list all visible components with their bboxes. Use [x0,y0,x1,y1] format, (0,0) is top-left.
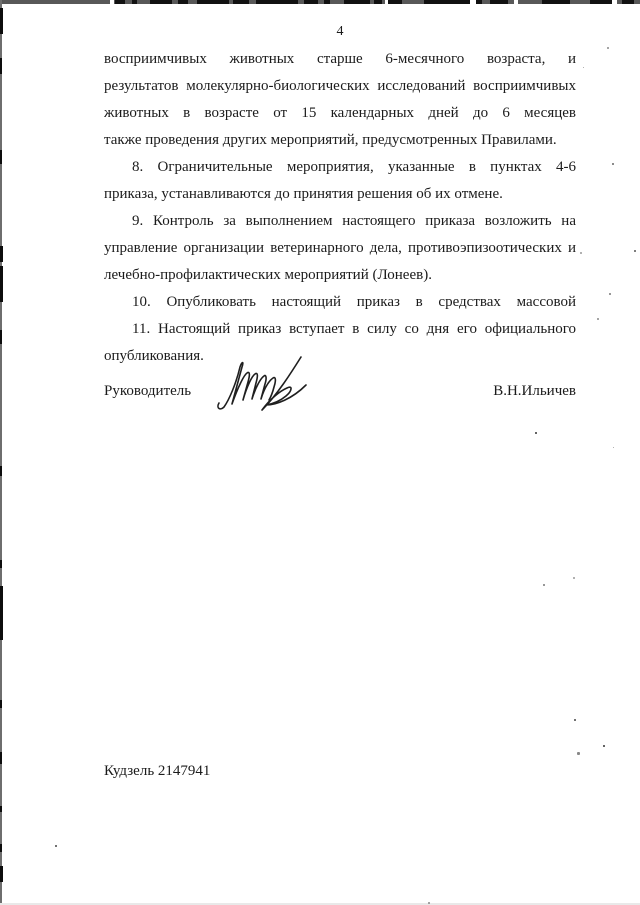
text-line: опубликования. [104,343,576,370]
scan-edge-artifact-top [0,0,640,4]
text-line: 9. Контроль за выполнением настоящего пр… [104,208,576,235]
scan-speckle [634,250,636,252]
text-line: приказа, устанавливаются до принятия реш… [104,181,576,208]
scan-speckle [603,745,605,747]
scan-speckle [583,67,584,68]
scan-speckle [609,293,611,295]
scan-speckle [607,47,609,49]
signature-icon [214,354,320,414]
scan-speckle [597,318,599,320]
scan-speckle [580,252,582,254]
text-line: 11. Настоящий приказ вступает в силу со … [104,316,576,343]
executor-note: Кудзель 2147941 [104,763,210,780]
scan-speckle [574,719,576,721]
document-page: 4 восприимчивых животных старше 6-месячн… [0,0,640,905]
text-line: восприимчивых животных старше 6-месячног… [104,46,576,73]
scan-speckle [573,577,575,579]
text-line: также проведения других мероприятий, пре… [104,127,576,154]
scan-speckle [612,163,614,165]
scan-speckle [543,584,545,586]
scan-speckle [577,752,580,755]
scan-speckle [428,902,430,904]
text-line: управление организации ветеринарного дел… [104,235,576,262]
scan-speckle [55,845,57,847]
scan-speckle [613,447,614,448]
text-line: 10. Опубликовать настоящий приказ в сред… [104,289,576,316]
text-line: животных в возрасте от 15 календарных дн… [104,100,576,127]
document-body: восприимчивых животных старше 6-месячног… [104,46,576,370]
page-number: 4 [104,24,576,40]
text-line: лечебно-профилактических мероприятий (Ло… [104,262,576,289]
scan-edge-artifact-left [0,0,2,905]
text-line: результатов молекулярно-биологических ис… [104,73,576,100]
scan-speckle [535,432,537,434]
text-line: 8. Ограничительные мероприятия, указанны… [104,154,576,181]
signer-role-label: Руководитель [104,383,191,400]
signer-name: В.Н.Ильичев [493,383,576,400]
